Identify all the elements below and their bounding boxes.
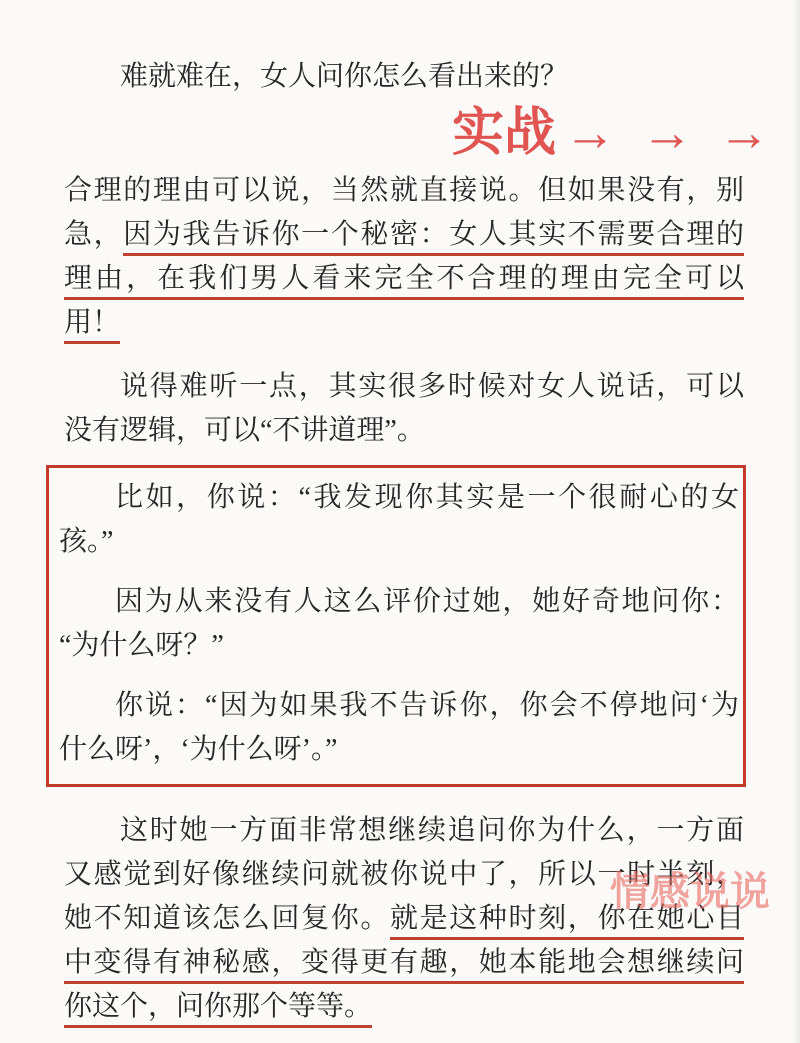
text-line: 合理的理由可以说，当然就直接说。但如果没有，别	[64, 169, 744, 213]
text-line: 急，因为我告诉你一个秘密：女人其实不需要合理的	[64, 213, 744, 257]
paragraph: 难就难在，女人问你怎么看出来的？	[64, 55, 744, 99]
text-line: 说得难听一点，其实很多时候对女人说话，可以	[64, 365, 744, 409]
watermark: 情感说说	[610, 872, 770, 912]
text-segment: 孩。”	[59, 526, 113, 557]
text-line: 什么呀’，‘为什么呀’。”	[59, 728, 739, 772]
text-segment: “为什么呀？”	[59, 630, 224, 661]
paragraph: 说得难听一点，其实很多时候对女人说话，可以没有逻辑，可以“不讲道理”。	[64, 365, 744, 453]
text-segment: 急，	[64, 219, 123, 250]
underlined-text: 中变得有神秘感，变得更有趣，她本能地会想继续问	[64, 947, 744, 984]
text-segment: 比如，你说：“我发现你其实是一个很耐心的女	[115, 482, 739, 513]
document-page: 难就难在，女人问你怎么看出来的？实战→ → →合理的理由可以说，当然就直接说。但…	[0, 0, 800, 1043]
paragraph: 这时她一方面非常想继续追问你为什么，一方面又感觉到好像继续问就被你说中了，所以一…	[64, 809, 744, 1029]
text-segment: 什么呀’，‘为什么呀’。”	[59, 734, 337, 765]
text-segment: 因为从来没有人这么评价过她，她好奇地问你：	[115, 586, 739, 617]
text-line: 中变得有神秘感，变得更有趣，她本能地会想继续问	[64, 941, 744, 985]
handwritten-annotation: 实战→ → →	[452, 99, 744, 169]
annotation-arrows-icon: → → →	[564, 105, 776, 162]
text-segment: 你说：“因为如果我不告诉你，你会不停地问‘为	[115, 690, 739, 721]
paragraph: 合理的理由可以说，当然就直接说。但如果没有，别急，因为我告诉你一个秘密：女人其实…	[64, 169, 744, 345]
paragraph: 你说：“因为如果我不告诉你，你会不停地问‘为什么呀’，‘为什么呀’。”	[59, 684, 739, 772]
underlined-text: 用！	[64, 307, 120, 344]
text-line: 孩。”	[59, 520, 739, 564]
paragraph: 因为从来没有人这么评价过她，她好奇地问你：“为什么呀？”	[59, 580, 739, 668]
text-segment: 合理的理由可以说，当然就直接说。但如果没有，别	[64, 175, 744, 206]
text-segment: 说得难听一点，其实很多时候对女人说话，可以	[120, 371, 744, 402]
paragraph: 比如，你说：“我发现你其实是一个很耐心的女孩。”	[59, 476, 739, 564]
underlined-text: 因为我告诉你一个秘密：女人其实不需要合理的	[123, 219, 744, 256]
text-line: 理由，在我们男人看来完全不合理的理由完全可以	[64, 257, 744, 301]
text-line: 你说：“因为如果我不告诉你，你会不停地问‘为	[59, 684, 739, 728]
underlined-text: 你这个，问你那个等等。	[64, 991, 372, 1028]
text-segment: 这时她一方面非常想继续追问你为什么，一方面	[120, 815, 744, 846]
emphasis-box: 比如，你说：“我发现你其实是一个很耐心的女孩。”因为从来没有人这么评价过她，她好…	[46, 465, 746, 787]
text-line: 因为从来没有人这么评价过她，她好奇地问你：	[59, 580, 739, 624]
annotation-label: 实战	[452, 105, 556, 162]
text-line: “为什么呀？”	[59, 624, 739, 668]
text-line: 用！	[64, 301, 744, 345]
underlined-text: 理由，在我们男人看来完全不合理的理由完全可以	[64, 263, 744, 300]
text-segment: 她不知道该怎么回复你。	[64, 903, 390, 934]
text-line: 你这个，问你那个等等。	[64, 985, 744, 1029]
text-segment: 没有逻辑，可以“不讲道理”。	[64, 415, 425, 446]
text-line: 难就难在，女人问你怎么看出来的？	[64, 55, 744, 99]
text-line: 这时她一方面非常想继续追问你为什么，一方面	[64, 809, 744, 853]
text-line: 没有逻辑，可以“不讲道理”。	[64, 409, 744, 453]
text-line: 比如，你说：“我发现你其实是一个很耐心的女	[59, 476, 739, 520]
text-segment: 难就难在，女人问你怎么看出来的？	[120, 61, 568, 92]
